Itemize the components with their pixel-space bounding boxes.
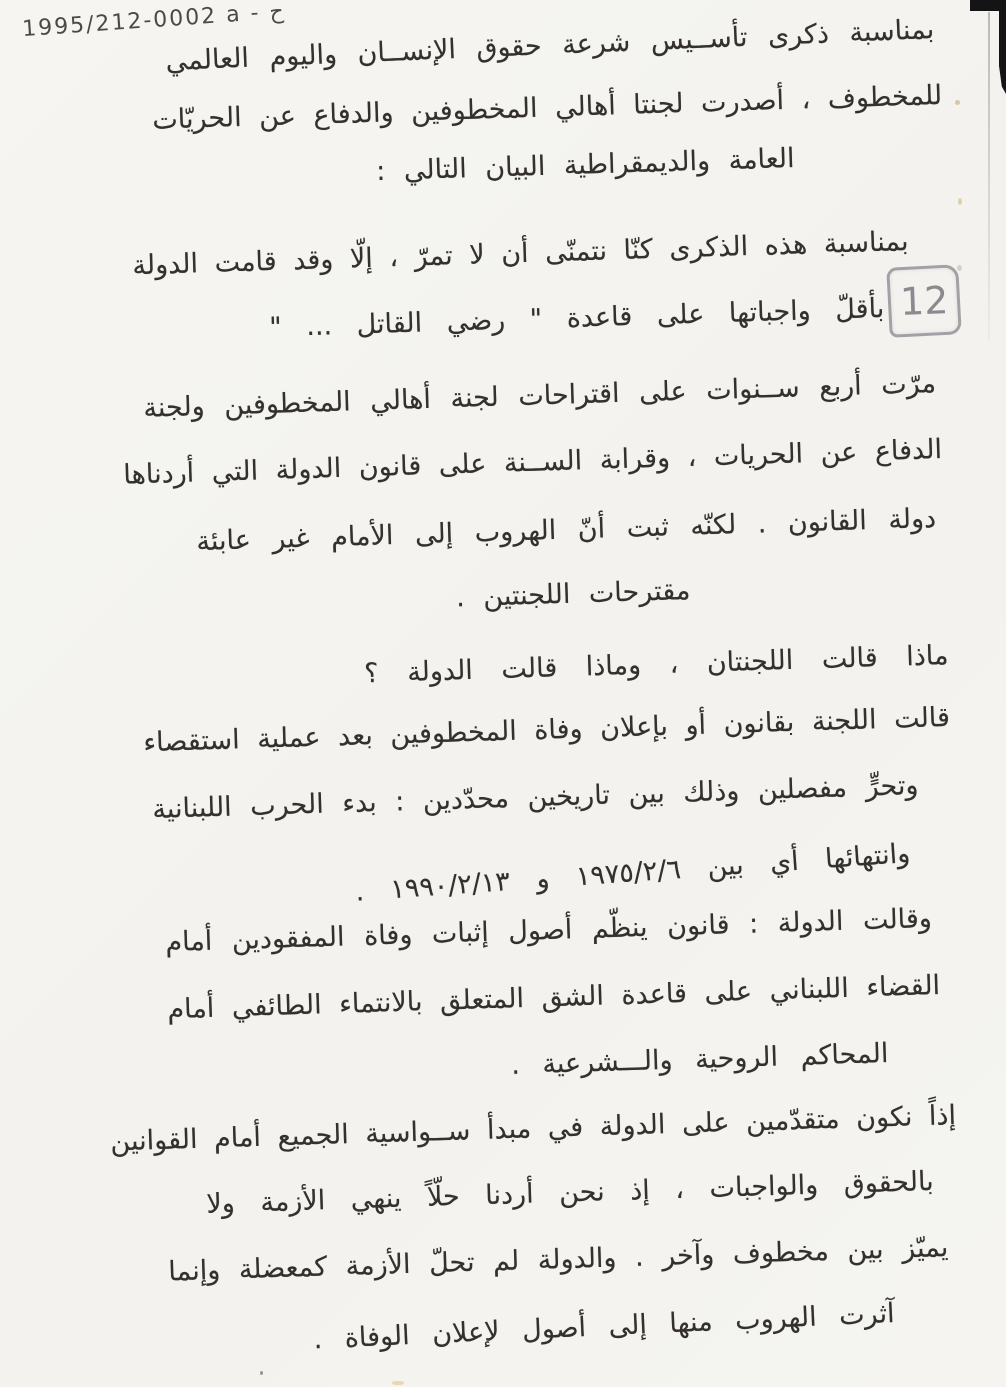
paper-speck — [260, 1371, 263, 1375]
handwritten-line: إذاً نكون متقدّمين على الدولة في مبدأ سـ… — [110, 1100, 956, 1158]
handwritten-line: المحاكم الروحية والـــشرعية . — [510, 1038, 888, 1081]
paper-speck — [958, 198, 962, 205]
handwritten-line: وقالت الدولة : قانون ينظّم أصول إثبات وف… — [165, 903, 932, 958]
handwritten-line: يميّز بين مخطوف وآخر . والدولة لم تحلّ ا… — [168, 1232, 949, 1287]
handwritten-line: آثرت الهروب منها إلى أصول لإعلان الوفاة … — [312, 1298, 894, 1355]
handwritten-line: بأقلّ واجباتها على قاعدة " رضي القاتل ..… — [269, 293, 885, 343]
paper-speck — [957, 265, 962, 271]
handwritten-line: العامة والديمقراطية البيان التالي : — [375, 143, 794, 187]
handwritten-line: بالحقوق والواجبات ، إذ نحن أردنا حلّاً ي… — [206, 1166, 934, 1220]
handwritten-line: مقترحات اللجنتين . — [455, 575, 690, 613]
handwritten-line: ماذا قالت اللجنتان ، وماذا قالت الدولة ؟ — [363, 640, 948, 689]
scanned-document-page: 1995/212-0002 a - ح 12 بمناسبة ذكرى تأسـ… — [0, 0, 1006, 1387]
handwritten-line: وانتهائها أي بين ١٩٧٥/٢/٦ و ١٩٩٠/٢/١٣ . — [354, 838, 911, 908]
handwritten-line: دولة القانون . لكنّه ثبت أنّ الهروب إلى … — [196, 503, 937, 557]
page-number-box: 12 — [886, 264, 962, 338]
handwritten-line: الدفاع عن الحريات ، وقرابة الســنة على ق… — [123, 434, 942, 491]
paper-speck — [392, 1381, 404, 1385]
scan-edge-artifact-right — [999, 0, 1006, 94]
handwritten-line: مرّت أربع ســنوات على اقتراحات لجنة أهال… — [143, 368, 937, 424]
handwritten-line: قالت اللجنة بقانون أو بإعلان وفاة المخطو… — [143, 702, 950, 758]
handwritten-line: بمناسبة هذه الذكرى كنّا نتمنّى أن لا تمر… — [131, 226, 908, 281]
handwritten-line: للمخطوف ، أصدرت لجنتا أهالي المخطوفين وا… — [152, 80, 943, 136]
page-number: 12 — [899, 281, 949, 321]
paper-speck — [955, 100, 960, 105]
paper-edge-shadow — [988, 12, 990, 342]
handwritten-line: وتحرٍّ مفصلين وذلك بين تاريخين محدّدين :… — [151, 770, 918, 825]
reference-number: 1995/212-0002 a - ح — [21, 0, 284, 42]
handwritten-line: القضاء اللبناني على قاعدة الشق المتعلق ب… — [167, 970, 941, 1025]
